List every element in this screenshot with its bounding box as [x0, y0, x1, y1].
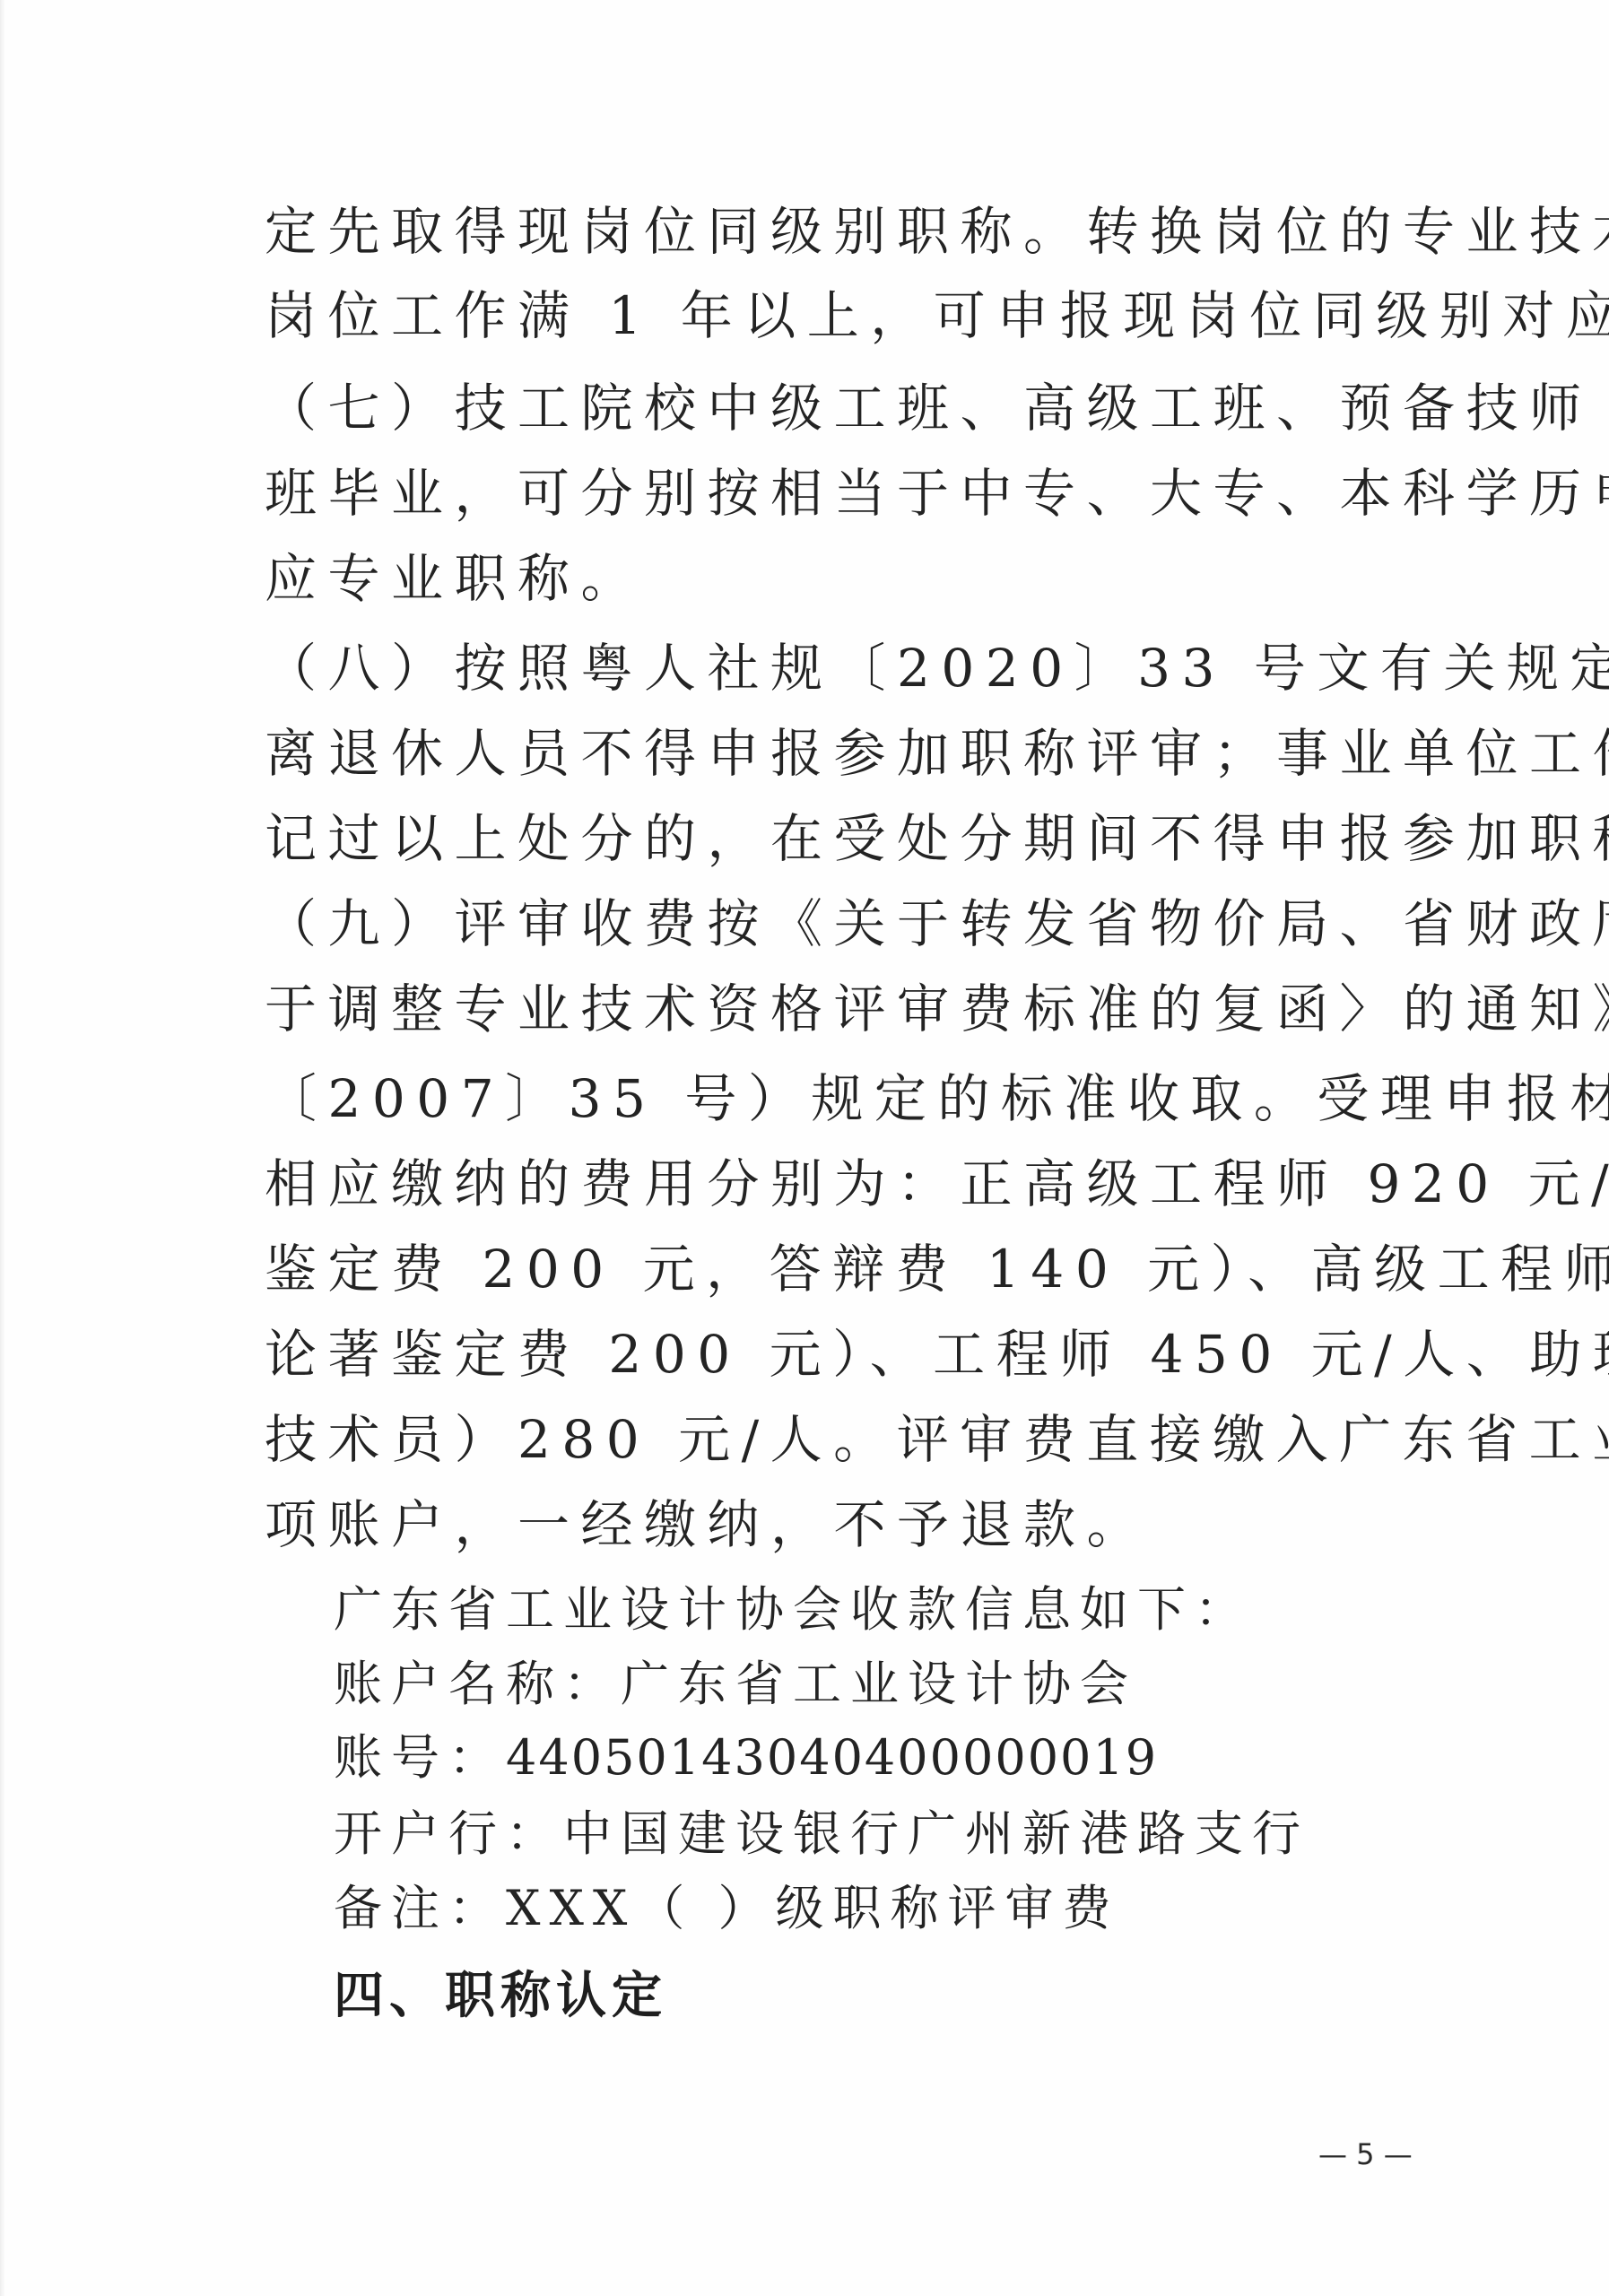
page-number: — 5 — — [1318, 2135, 1413, 2174]
paragraph-line: 相应缴纳的费用分别为：正高级工程师 920 元/人（含论著 — [265, 1148, 1413, 1220]
paragraph-line: 项账户，一经缴纳，不予退款。 — [265, 1489, 1413, 1561]
bank-remark-row: 备注：XXX（ ）级职称评审费 — [334, 1873, 1482, 1944]
paragraph-line: 应专业职称。 — [265, 543, 1413, 614]
paragraph-line: 技术员）280 元/人。评审费直接缴入广东省工业设计协会专 — [265, 1404, 1413, 1475]
bank-account-number-row: 账号：44050143040400000019 — [334, 1722, 1482, 1794]
bank-branch-value: 中国建设银行广州新港路支行 — [563, 1805, 1309, 1862]
bank-branch-row: 开户行：中国建设银行广州新港路支行 — [334, 1798, 1482, 1870]
document-page: 定先取得现岗位同级别职称。转换岗位的专业技术人才在现 岗位工作满 1 年以上，可… — [0, 0, 1609, 2296]
paragraph-line: 班毕业，可分别按相当于中专、大专、本科学历申报评审相 — [265, 457, 1413, 529]
paragraph-line: 〔2007〕35 号）规定的标准收取。受理申报材料时，申报人 — [265, 1063, 1413, 1135]
bank-remark-value: XXX（ ）级职称评审费 — [506, 1880, 1120, 1936]
paragraph-line-item-8-start: （八）按照粤人社规〔2020〕33 号文有关规定，公务员、 — [265, 632, 1287, 704]
paragraph-line: 记过以上处分的，在受处分期间不得申报参加职称评审。 — [265, 803, 1413, 874]
section-heading: 四、职称认定 — [334, 1961, 667, 2032]
bank-account-number-label: 账号： — [334, 1729, 506, 1786]
bank-account-number-value: 44050143040400000019 — [506, 1729, 1158, 1786]
paragraph-line: 于调整专业技术资格评审费标准的复函〉的通知》（粤人发 — [265, 973, 1413, 1045]
bank-branch-label: 开户行： — [334, 1805, 563, 1862]
bank-account-name-row: 账户名称：广东省工业设计协会 — [334, 1648, 1482, 1720]
scan-edge-shadow — [0, 0, 5, 2296]
bank-account-name-label: 账户名称： — [334, 1656, 621, 1712]
paragraph-line: 岗位工作满 1 年以上，可申报现岗位同级别对应职称。 — [265, 280, 1413, 352]
paragraph-line: 离退休人员不得申报参加职称评审；事业单位工作人员受到 — [265, 717, 1413, 789]
paragraph-line: 鉴定费 200 元，答辩费 140 元）、高级工程师 780 元/人（含 — [265, 1233, 1413, 1305]
paragraph-line: 论著鉴定费 200 元）、工程师 450 元/人、助理工程师（含 — [265, 1318, 1413, 1390]
bank-remark-label: 备注： — [334, 1880, 506, 1936]
paragraph-line-item-9-start: （九）评审收费按《关于转发省物价局、省财政厅〈关 — [265, 888, 1287, 960]
paragraph-line: 定先取得现岗位同级别职称。转换岗位的专业技术人才在现 — [265, 196, 1413, 267]
paragraph-line-item-7-start: （七）技工院校中级工班、高级工班、预备技师（技师） — [265, 372, 1287, 444]
bank-info-intro: 广东省工业设计协会收款信息如下： — [334, 1574, 1482, 1646]
bank-account-name-value: 广东省工业设计协会 — [621, 1656, 1137, 1712]
